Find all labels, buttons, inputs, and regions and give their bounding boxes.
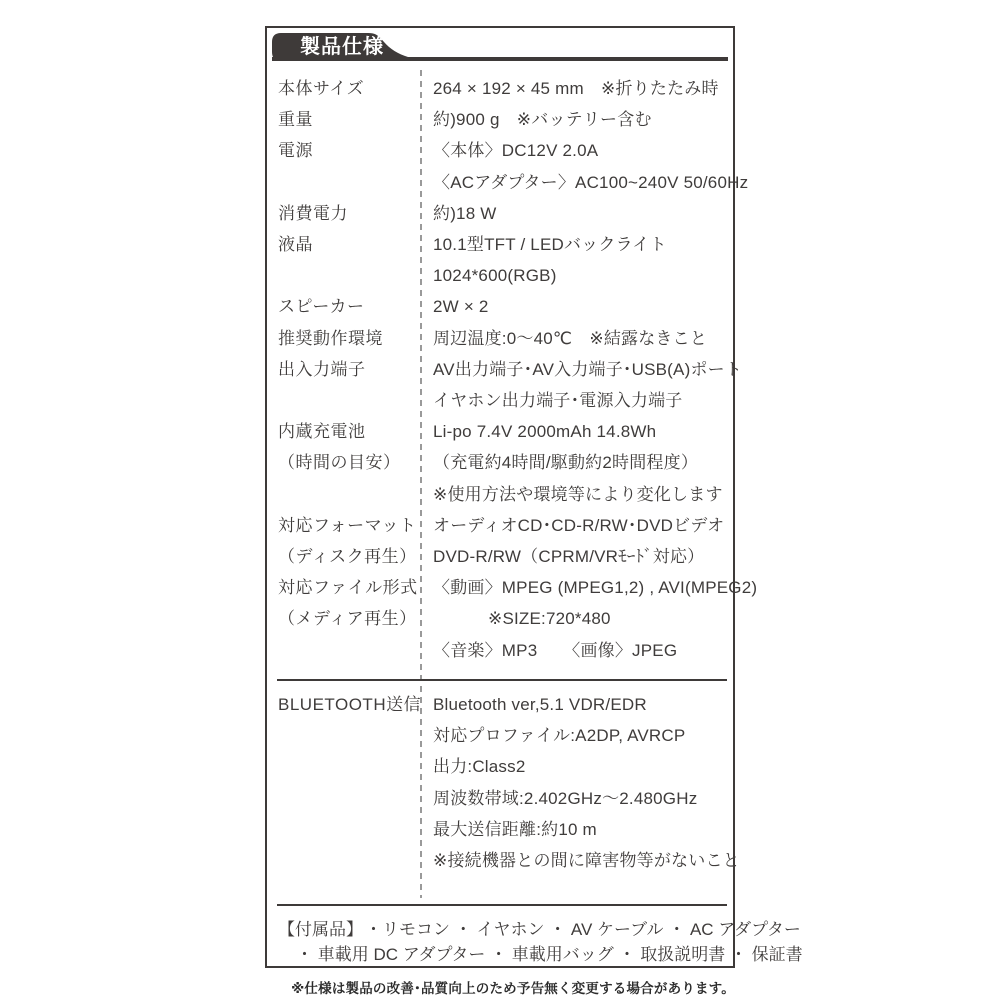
spec-row-value: ※SIZE:720*480	[488, 608, 611, 630]
spec-row-value: DVD-R/RW（CPRM/VRﾓｰﾄﾞ対応）	[433, 546, 704, 568]
table-row: 消費電力約)18 W	[0, 203, 1000, 225]
spec-row-value: 〈音楽〉MP3 〈画像〉JPEG	[433, 640, 677, 662]
table-row: ※接続機器との間に障害物等がないこと	[0, 850, 1000, 872]
footer-note: ※仕様は製品の改善･品質向上のため予告無く変更する場合があります。	[291, 977, 735, 997]
spec-row-value: 最大送信距離:約10 m	[433, 819, 597, 841]
spec-row-label: 重量	[278, 109, 313, 131]
spec-row-value: 約)18 W	[433, 203, 497, 225]
spec-row-label: （時間の目安）	[278, 452, 401, 474]
spec-row-value: 出力:Class2	[433, 756, 526, 778]
table-row: 出入力端子AV出力端子･AV入力端子･USB(A)ポート	[0, 359, 1000, 381]
table-row: 本体サイズ264 × 192 × 45 mm ※折りたたみ時	[0, 78, 1000, 100]
spec-row-value: 周辺温度:0～40℃ ※結露なきこと	[433, 328, 707, 350]
table-row: 電源〈本体〉DC12V 2.0A	[0, 140, 1000, 162]
spec-row-label: 対応ファイル形式	[278, 577, 418, 599]
table-row: 〈ACアダプター〉AC100~240V 50/60Hz	[0, 172, 1000, 194]
accessories-divider	[277, 904, 727, 906]
spec-row-value: ※使用方法や環境等により変化します	[433, 484, 723, 506]
spec-row-label: BLUETOOTH送信	[278, 694, 421, 716]
spec-row-value: オーディオCD･CD-R/RW･DVDビデオ	[433, 515, 724, 537]
spec-row-label: 電源	[278, 140, 313, 162]
table-row: イヤホン出力端子･電源入力端子	[0, 390, 1000, 412]
accessories-line-2: ・ 車載用 DC アダプター ・ 車載用バッグ ・ 取扱説明書 ・ 保証書	[296, 944, 803, 966]
spec-row-label: 本体サイズ	[278, 78, 364, 100]
table-row: 対応ファイル形式〈動画〉MPEG (MPEG1,2) , AVI(MPEG2)	[0, 577, 1000, 599]
spec-row-value: イヤホン出力端子･電源入力端子	[433, 390, 683, 412]
spec-row-value: 10.1型TFT / LEDバックライト	[433, 234, 667, 256]
table-row: 最大送信距離:約10 m	[0, 819, 1000, 841]
spec-row-label: （メディア再生）	[278, 608, 417, 630]
table-row: 液晶10.1型TFT / LEDバックライト	[0, 234, 1000, 256]
table-row: 〈音楽〉MP3 〈画像〉JPEG	[0, 640, 1000, 662]
spec-row-value: 〈動画〉MPEG (MPEG1,2) , AVI(MPEG2)	[433, 577, 757, 599]
bluetooth-divider	[277, 679, 727, 681]
table-row: ※使用方法や環境等により変化します	[0, 484, 1000, 506]
accessories-line-1: ・リモコン ・ イヤホン ・ AV ケーブル ・ AC アダプター	[365, 919, 801, 941]
table-row: 重量約)900 g ※バッテリー含む	[0, 109, 1000, 131]
spec-row-value: Bluetooth ver,5.1 VDR/EDR	[433, 694, 647, 716]
spec-row-value: 2W × 2	[433, 296, 489, 318]
spec-row-label: 内蔵充電池	[278, 421, 366, 443]
accessories-label: 【付属品】	[278, 919, 363, 941]
table-row: （時間の目安）（充電約4時間/駆動約2時間程度）	[0, 452, 1000, 474]
spec-row-value: （充電約4時間/駆動約2時間程度）	[433, 452, 698, 474]
table-row: BLUETOOTH送信Bluetooth ver,5.1 VDR/EDR	[0, 694, 1000, 716]
table-row: スピーカー2W × 2	[0, 296, 1000, 318]
table-row: （ディスク再生）DVD-R/RW（CPRM/VRﾓｰﾄﾞ対応）	[0, 546, 1000, 568]
spec-row-value: 〈ACアダプター〉AC100~240V 50/60Hz	[433, 172, 748, 194]
spec-row-value: 周波数帯域:2.402GHz～2.480GHz	[433, 788, 697, 810]
table-row: 1024*600(RGB)	[0, 265, 1000, 287]
spec-row-label: 出入力端子	[278, 359, 366, 381]
spec-row-value: 約)900 g ※バッテリー含む	[433, 109, 652, 131]
spec-row-value: 〈本体〉DC12V 2.0A	[433, 140, 598, 162]
table-row: 出力:Class2	[0, 756, 1000, 778]
table-row: 内蔵充電池Li-po 7.4V 2000mAh 14.8Wh	[0, 421, 1000, 443]
table-row: （メディア再生）※SIZE:720*480	[0, 608, 1000, 630]
spec-row-label: 液晶	[278, 234, 313, 256]
spec-row-label: （ディスク再生）	[278, 546, 417, 568]
spec-row-value: 1024*600(RGB)	[433, 265, 557, 287]
spec-row-label: 消費電力	[278, 203, 348, 225]
spec-row-value: 264 × 192 × 45 mm ※折りたたみ時	[433, 78, 719, 100]
page-title: 製品仕様	[284, 35, 400, 59]
spec-row-value: 対応プロファイル:A2DP, AVRCP	[433, 725, 685, 747]
spec-row-value: AV出力端子･AV入力端子･USB(A)ポート	[433, 359, 742, 381]
table-row: 対応プロファイル:A2DP, AVRCP	[0, 725, 1000, 747]
spec-row-value: ※接続機器との間に障害物等がないこと	[433, 850, 740, 872]
spec-row-label: 推奨動作環境	[278, 328, 383, 350]
spec-sheet: 製品仕様 本体サイズ264 × 192 × 45 mm ※折りたたみ時重量約)9…	[0, 0, 1000, 1000]
spec-row-label: スピーカー	[278, 296, 364, 318]
table-row: 対応フォーマットオーディオCD･CD-R/RW･DVDビデオ	[0, 515, 1000, 537]
section-header: 製品仕様	[272, 33, 728, 61]
table-row: 周波数帯域:2.402GHz～2.480GHz	[0, 788, 1000, 810]
table-row: 推奨動作環境周辺温度:0～40℃ ※結露なきこと	[0, 328, 1000, 350]
spec-row-value: Li-po 7.4V 2000mAh 14.8Wh	[433, 421, 656, 443]
spec-row-label: 対応フォーマット	[278, 515, 416, 537]
